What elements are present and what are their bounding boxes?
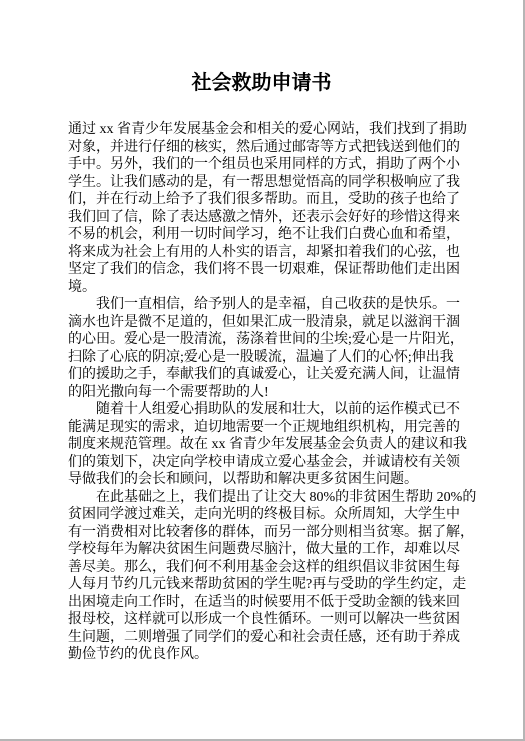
text-line: 导做我们的会长和顾问，以帮助和解决更多贫困生问题。 xyxy=(68,471,460,489)
text-line: 将来成为社会上有用的人朴实的语言，却紧扣着我们的心弦，也 xyxy=(68,244,460,262)
text-line: 学校每年为解决贫困生问题费尽脑汁，做大量的工作，却难以尽 xyxy=(68,541,460,559)
text-line: 善尽美。那么，我们何不利用基金会这样的组织倡议非贫困生每 xyxy=(68,559,460,577)
text-line: 学生。让我们感动的是，有一帮思想觉悟高的同学积极响应了我 xyxy=(68,174,460,192)
text-line: 的心田。爱心是一股清流，荡涤着世间的尘埃;爱心是一片阳光， xyxy=(68,331,460,349)
text-line: 勤俭节约的优良作风。 xyxy=(68,646,460,664)
document-body: 通过 xx 省青少年发展基金会和相关的爱心网站，我们找到了捐助对象，并进行仔细的… xyxy=(68,121,460,664)
text-line: 随着十人组爱心捐助队的发展和壮大，以前的运作模式已不 xyxy=(68,401,460,419)
text-line: 坚定了我们的信念，我们将不畏一切艰难，保证帮助他们走出困 xyxy=(68,261,460,279)
text-line: 能满足现实的需求，迫切地需要一个正规地组织机构，用完善的 xyxy=(68,419,460,437)
text-line: 滴水也许是微不足道的，但如果汇成一股清泉，就足以滋润干涸 xyxy=(68,314,460,332)
text-line: 生问题，二则增强了同学们的爱心和社会责任感，还有助于养成 xyxy=(68,629,460,647)
text-line: 们的援助之手，奉献我们的真诚爱心，让关爱充满人间，让温情 xyxy=(68,366,460,384)
text-line: 对象，并进行仔细的核实，然后通过邮寄等方式把钱送到他们的 xyxy=(68,139,460,157)
text-line: 境。 xyxy=(68,279,460,297)
text-line: 贫困同学渡过难关，走向光明的终极目标。众所周知，大学生中 xyxy=(68,506,460,524)
paragraph: 通过 xx 省青少年发展基金会和相关的爱心网站，我们找到了捐助对象，并进行仔细的… xyxy=(68,121,460,296)
text-line: 们，并在行动上给予了我们很多帮助。而且，受助的孩子也给了 xyxy=(68,191,460,209)
text-line: 扫除了心底的阴凉;爱心是一股暖流，温遍了人们的心怀;伸出我 xyxy=(68,349,460,367)
text-line: 有一消费相对比较奢侈的群体，而另一部分则相当贫寒。据了解， xyxy=(68,524,460,542)
text-line: 通过 xx 省青少年发展基金会和相关的爱心网站，我们找到了捐助 xyxy=(68,121,460,139)
paragraph: 我们一直相信，给予别人的是幸福，自己收获的是快乐。一滴水也许是微不足道的，但如果… xyxy=(68,296,460,401)
text-line: 的阳光撒向每一个需要帮助的人! xyxy=(68,384,460,402)
paragraph: 随着十人组爱心捐助队的发展和壮大，以前的运作模式已不能满足现实的需求，迫切地需要… xyxy=(68,401,460,489)
text-line: 不易的机会，利用一切时间学习，绝不让我们白费心血和希望， xyxy=(68,226,460,244)
text-line: 我们回了信，除了表达感激之情外，还表示会好好的珍惜这得来 xyxy=(68,209,460,227)
text-line: 手中。另外，我们的一个组员也采用同样的方式，捐助了两个小 xyxy=(68,156,460,174)
text-line: 们的策划下，决定向学校申请成立爱心基金会，并诚请校有关领 xyxy=(68,454,460,472)
document-page: 社会救助申请书 通过 xx 省青少年发展基金会和相关的爱心网站，我们找到了捐助对… xyxy=(0,0,525,741)
paragraph: 在此基础之上，我们提出了让交大 80%的非贫困生帮助 20%的贫困同学渡过难关，… xyxy=(68,489,460,664)
text-line: 出困境走向工作时，在适当的时候要用不低于受助金额的钱来回 xyxy=(68,594,460,612)
text-line: 在此基础之上，我们提出了让交大 80%的非贫困生帮助 20%的 xyxy=(68,489,460,507)
text-line: 制度来规范管理。故在 xx 省青少年发展基金会负责人的建议和我 xyxy=(68,436,460,454)
document-title: 社会救助申请书 xyxy=(0,72,523,94)
text-line: 报母校，这样就可以形成一个良性循环。一则可以解决一些贫困 xyxy=(68,611,460,629)
text-line: 人每月节约几元钱来帮助贫困的学生呢?再与受助的学生约定，走 xyxy=(68,576,460,594)
text-line: 我们一直相信，给予别人的是幸福，自己收获的是快乐。一 xyxy=(68,296,460,314)
